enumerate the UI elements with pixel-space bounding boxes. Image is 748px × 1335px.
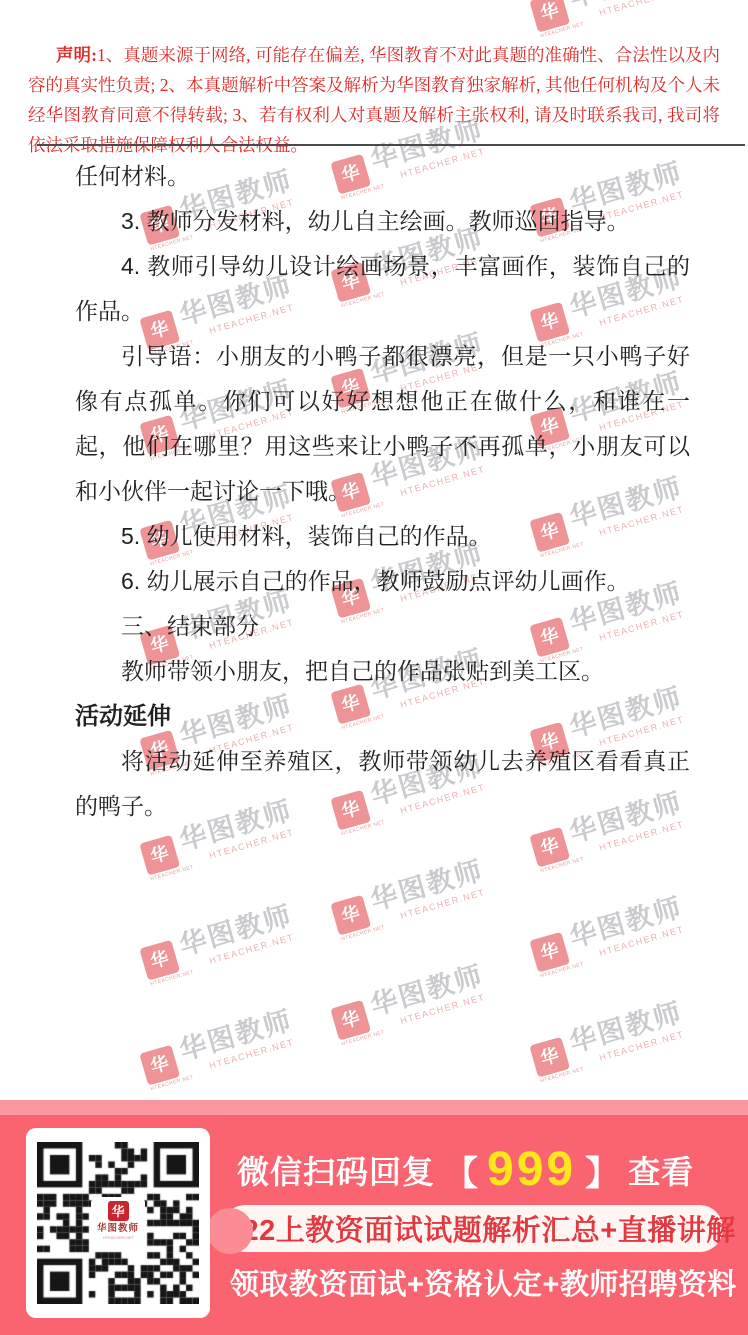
paragraph: 引导语：小朋友的小鸭子都很漂亮，但是一只小鸭子好像有点孤单。你们可以好好想想他正… (75, 334, 690, 514)
watermark: 华HTEACHER.NET华图教师HTEACHER.NET (528, 999, 689, 1080)
banner-top-strip (0, 1100, 748, 1115)
paragraph: 4. 教师引导幼儿设计绘画场景，丰富画作，装饰自己的作品。 (75, 244, 690, 334)
paragraph: 6. 幼儿展示自己的作品，教师鼓励点评幼儿画作。 (75, 559, 690, 604)
promo-banner: 华 华图教师 HTEACHER.NET 微信扫码回复 【 999 】 查看 20… (0, 1100, 748, 1335)
huatu-logo-icon: 华HTEACHER.NET (529, 931, 570, 972)
decorative-circle (207, 1208, 253, 1254)
document-page: 华HTEACHER.NET华图教师HTEACHER.NET华HTEACHER.N… (0, 0, 748, 1335)
watermark: 华HTEACHER.NET华图教师HTEACHER.NET (528, 0, 689, 35)
paragraph: 三、结束部分 (75, 604, 690, 649)
qr-code: 华 华图教师 HTEACHER.NET (26, 1128, 210, 1318)
qr-center-logo: 华 华图教师 HTEACHER.NET (91, 1197, 145, 1249)
huatu-logo-icon: 华HTEACHER.NET (330, 894, 371, 935)
divider-line (37, 144, 745, 146)
paragraph: 任何材料。 (75, 154, 690, 199)
huatu-logo-icon: 华HTEACHER.NET (139, 834, 180, 875)
scan-suffix: 查看 (628, 1147, 694, 1193)
watermark: 华HTEACHER.NET华图教师HTEACHER.NET (329, 962, 490, 1043)
promo-bottom-text: 领取教资面试+资格认定+教师招聘资料 (230, 1262, 737, 1303)
scan-prefix: 微信扫码回复 (237, 1147, 435, 1193)
promo-pill-text: 2022上教资面试试题解析汇总+直播讲解 (209, 1208, 735, 1249)
watermark: 华HTEACHER.NET华图教师HTEACHER.NET (138, 1007, 299, 1088)
document-body: 任何材料。3. 教师分发材料，幼儿自主绘画。教师巡回指导。4. 教师引导幼儿设计… (75, 154, 690, 829)
qr-logo-brand: 华图教师 (97, 1224, 139, 1234)
watermark: 华HTEACHER.NET华图教师HTEACHER.NET (138, 902, 299, 983)
bracket-open: 【 (444, 1146, 478, 1195)
huatu-logo-glyph: 华 (111, 1205, 124, 1218)
watermark: 华HTEACHER.NET华图教师HTEACHER.NET (329, 857, 490, 938)
paragraph: 将活动延伸至养殖区，教师带领幼儿去养殖区看看真正的鸭子。 (75, 739, 690, 829)
huatu-logo-icon: 华HTEACHER.NET (330, 999, 371, 1040)
disclaimer-label: 声明: (56, 45, 97, 65)
promo-pill: 2022上教资面试试题解析汇总+直播讲解 (222, 1205, 723, 1252)
paragraph: 教师带领小朋友，把自己的作品张贴到美工区。 (75, 649, 690, 694)
huatu-logo-icon: 华HTEACHER.NET (529, 0, 570, 32)
qr-logo-site: HTEACHER.NET (102, 1236, 133, 1240)
paragraph: 5. 幼儿使用材料，装饰自己的作品。 (75, 514, 690, 559)
huatu-logo-icon: 华HTEACHER.NET (139, 939, 180, 980)
section-heading: 活动延伸 (75, 694, 690, 739)
huatu-logo-icon: 华HTEACHER.NET (529, 1036, 570, 1077)
bracket-close: 】 (585, 1146, 619, 1195)
huatu-logo-icon: 华HTEACHER.NET (139, 1044, 180, 1085)
paragraph: 3. 教师分发材料，幼儿自主绘画。教师巡回指导。 (75, 199, 690, 244)
watermark: 华HTEACHER.NET华图教师HTEACHER.NET (528, 894, 689, 975)
scan-instruction: 微信扫码回复 【 999 】 查看 (237, 1142, 694, 1198)
huatu-logo-icon: 华HTEACHER.NET (529, 826, 570, 867)
disclaimer-text: 1、真题来源于网络, 可能存在偏差, 华图教育不对此真题的准确性、合法性以及内容… (28, 45, 720, 155)
disclaimer: 声明:1、真题来源于网络, 可能存在偏差, 华图教育不对此真题的准确性、合法性以… (28, 40, 720, 160)
huatu-logo-icon: 华 (108, 1201, 129, 1221)
reply-code: 999 (487, 1146, 576, 1194)
